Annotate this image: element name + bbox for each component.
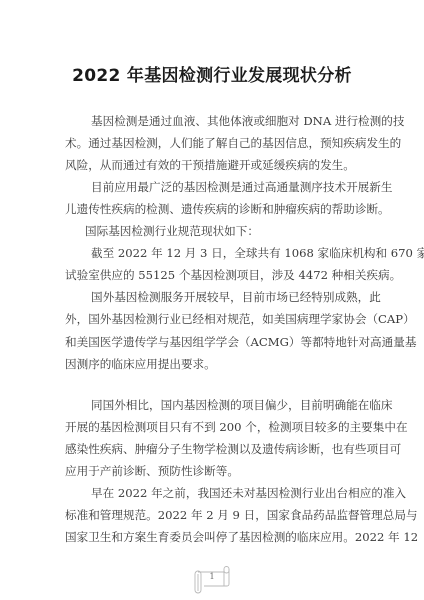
paragraph-2-line-1: 目前应用最广泛的基因检测是通过高通量测序技术开展新生 bbox=[91, 176, 358, 198]
paragraph-5-line-1: 国外基因检测服务开展较早，目前市场已经特别成熟，此 bbox=[91, 286, 358, 308]
paragraph-7-line-1: 早在 2022 年之前，我国还未对基因检测行业出台相应的准入 bbox=[91, 482, 358, 504]
paragraph-5-line-3: 和美国医学遗传学与基因组学学会（ACMG）等都特地针对高通量基 bbox=[65, 331, 358, 353]
paragraph-4-line-1: 截至 2022 年 12 月 3 日，全球共有 1068 家临床机构和 670 … bbox=[91, 242, 358, 264]
paragraph-7-line-2: 标准和管理规范。2022 年 2 月 9 日，国家食品药品监督管理总局与 bbox=[65, 504, 358, 526]
paragraph-7-line-3: 国家卫生和方案生育委员会叫停了基因检测的临床应用。2022 年 12 bbox=[65, 526, 358, 548]
paragraph-1-line-2: 术。通过基因检测，人们能了解自己的基因信息，预知疾病发生的 bbox=[65, 132, 358, 154]
document-page: 2022 年基因检测行业发展现状分析 基因检测是通过血液、其他体液或细胞对 DN… bbox=[0, 0, 424, 600]
document-title: 2022 年基因检测行业发展现状分析 bbox=[0, 64, 424, 88]
paragraph-1-line-3: 风险，从而通过有效的干预措施避开或延缓疾病的发生。 bbox=[65, 154, 355, 176]
page-number: 1 bbox=[190, 571, 234, 583]
paragraph-6-line-2: 开展的基因检测项目只有不到 200 个，检测项目较多的主要集中在 bbox=[65, 416, 358, 438]
paragraph-5-line-4: 因测序的临床应用提出要求。 bbox=[65, 353, 216, 375]
paragraph-1-line-1: 基因检测是通过血液、其他体液或细胞对 DNA 进行检测的技 bbox=[91, 110, 358, 132]
paragraph-6-line-1: 同国外相比，国内基因检测的项目偏少，目前明确能在临床 bbox=[91, 394, 358, 416]
paragraph-3-line-1: 国际基因检测行业规范现状如下： bbox=[85, 220, 259, 242]
paragraph-4-line-2: 试验室供应的 55125 个基因检测项目，涉及 4472 种相关疾病。 bbox=[65, 264, 401, 286]
paragraph-5-line-2: 外，国外基因检测行业已经相对规范，如美国病理学家协会（CAP） bbox=[65, 308, 358, 330]
paragraph-6-line-3: 感染性疾病、肿瘤分子生物学检测以及遗传病诊断，也有些项目可 bbox=[65, 438, 358, 460]
paragraph-6-line-4: 应用于产前诊断、预防性诊断等。 bbox=[65, 460, 239, 482]
paragraph-2-line-2: 儿遗传性疾病的检测、遗传疾病的诊断和肿瘤疾病的帮助诊断。 bbox=[65, 198, 390, 220]
